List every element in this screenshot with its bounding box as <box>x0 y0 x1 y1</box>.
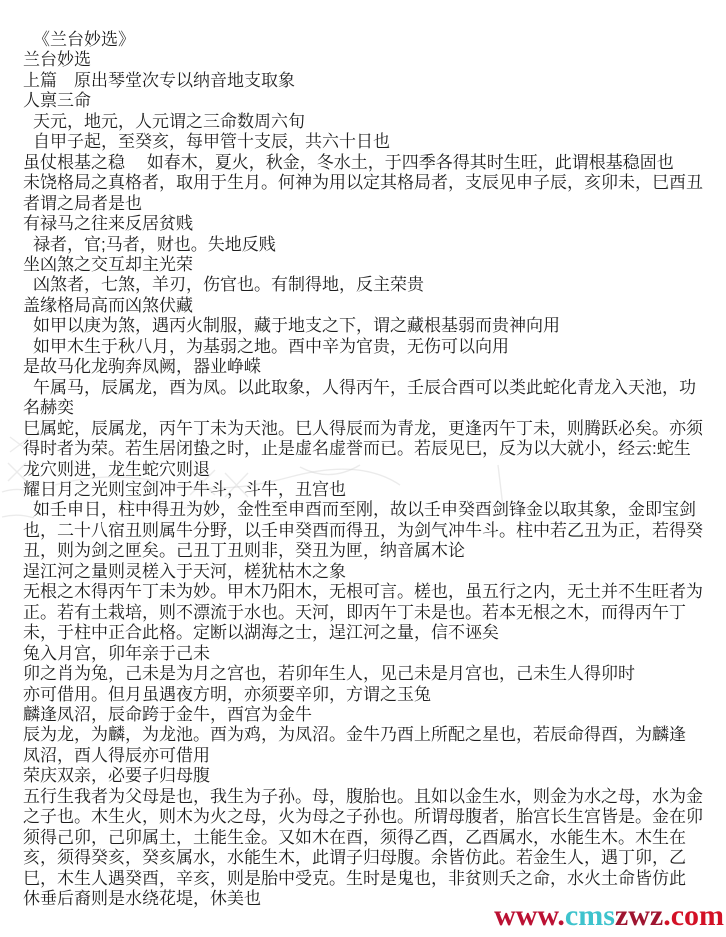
text-line: 巳，木生人遇癸酉，辛亥，则是胎中受克。生时是鬼也，非贫则夭之命，水火土命皆仿此 <box>23 869 726 889</box>
text-line: 兰台妙选 <box>23 50 726 70</box>
text-line: 上篇 原出琴堂次专以纳音地支取象 <box>23 71 726 91</box>
text-line: 天元，地元，人元谓之三命数周六旬 <box>33 112 726 132</box>
text-line: 凤沼，酉人得辰亦可借用 <box>23 746 726 766</box>
text-line: 者谓之局者是也 <box>23 194 726 214</box>
text-line: 须得己卯，己卯属土，土能生金。又如木在酉，须得乙酉，乙酉属水，水能生木。木生在 <box>23 828 726 848</box>
text-line: 亥，须得癸亥，癸亥属水，水能生木，此谓子归母腹。余皆仿此。若金生人，遇丁卯，乙 <box>23 848 726 868</box>
text-line: 坐凶煞之交互却主光荣 <box>23 255 726 275</box>
text-line: 巳属蛇，辰属龙，丙午丁未为天池。巳人得辰而为青龙，更逢丙午丁未，则腾跃必矣。亦须 <box>23 419 726 439</box>
text-line: 得时者为荣。若生居闭蛰之时，止是虚名虚誉而已。若辰见巳，反为以大就小，经云:蛇生 <box>23 439 726 459</box>
text-line: 荣庆双亲，必要子归母腹 <box>23 766 726 786</box>
text-line: 如甲木生于秋八月，为基弱之地。酉中辛为官贵，无伤可以向用 <box>33 337 726 357</box>
text-line: 人禀三命 <box>23 91 726 111</box>
text-line: 辰为龙，为麟，为龙池。酉为鸡，为凤沼。金牛乃酉上所配之星也，若辰命得酉，为麟逢 <box>23 725 726 745</box>
text-line: 是故马化龙驹奔凤阙，器业峥嵘 <box>23 357 726 377</box>
text-line: 龙穴则进，龙生蛇穴则退 <box>23 460 726 480</box>
text-line: 也，二十八宿丑则属牛分野，以壬申癸酉而得丑，为剑气冲牛斗。柱中若乙丑为正，若得癸 <box>23 521 726 541</box>
text-line: 未饶格局之真格者，取用于生月。何神为用以定其格局者，支辰见申子辰，亥卯未，巳酉丑 <box>23 173 726 193</box>
text-line: 午属马，辰属龙，酉为凤。以此取象，人得丙午，壬辰合酉可以类此蛇化青龙入天池，功 <box>33 378 726 398</box>
text-line: 正。若有土栽培，则不漂流于水也。天河，即丙午丁未是也。若本无根之木，而得丙午丁 <box>23 603 726 623</box>
site-watermark: www.cmszwz.com <box>494 900 724 932</box>
text-line: 逞江河之量则灵槎入于天河，槎犹枯木之象 <box>23 562 726 582</box>
text-line: 如甲以庚为煞，遇丙火制服，藏于地支之下，谓之藏根基弱而贵神向用 <box>33 316 726 336</box>
text-line: 禄者，官;马者，财也。失地反贱 <box>33 235 726 255</box>
site-watermark-segment: zwz <box>615 899 663 932</box>
text-line: 无根之木得丙午丁未为妙。甲木乃阳木，无根可言。槎也，虽五行之内，无土并不生旺者为 <box>23 582 726 602</box>
text-line: 未，于柱中正合此格。定断以湖海之士，逞江河之量，信不诬矣 <box>23 623 726 643</box>
text-line: 兔入月宫，卯年亲于己未 <box>23 644 726 664</box>
text-line: 名赫奕 <box>23 398 726 418</box>
text-line: 《兰台妙选》 <box>33 30 726 50</box>
text-line: 丑，则为剑之匣矣。己丑丁丑则非，癸丑为匣，纳音属木论 <box>23 541 726 561</box>
text-line: 盖缘格局高而凶煞伏藏 <box>23 296 726 316</box>
text-line: 自甲子起，至癸亥，每甲管十支辰，共六十日也 <box>33 132 726 152</box>
text-line: 耀日月之光则宝剑冲于牛斗，斗牛，丑宫也 <box>23 480 726 500</box>
text-line: 虽仗根基之稳 如春木，夏火，秋金，冬水土，于四季各得其时生旺，此谓根基稳固也 <box>23 153 726 173</box>
text-line: 麟逢凤沼，辰命跨于金牛，酉宫为金牛 <box>23 705 726 725</box>
site-watermark-segment: www. <box>494 899 565 932</box>
text-line: 卯之肖为兔，己未是为月之宫也，若卯年生人，见己未是月宫也，己未生人得卯时 <box>23 664 726 684</box>
text-line: 如壬申日，柱中得丑为妙，金性至申酉而至刚，故以壬申癸酉剑锋金以取其象，金即宝剑 <box>33 500 726 520</box>
site-watermark-segment: cms <box>565 899 615 932</box>
text-line: 之子也。木生火，则木为火之母，火为母之子孙也。所谓母腹者，胎宫长生宫皆是。金在卯 <box>23 807 726 827</box>
document-page: 《兰台妙选》兰台妙选上篇 原出琴堂次专以纳音地支取象人禀三命天元，地元，人元谓之… <box>0 30 726 909</box>
text-line: 五行生我者为父母是也，我生为子孙。母，腹胎也。且如以金生水，则金为水之母，水为金 <box>23 787 726 807</box>
text-line: 有禄马之往来反居贫贱 <box>23 214 726 234</box>
text-line: 凶煞者，七煞，羊刃，伤官也。有制得地，反主荣贵 <box>33 275 726 295</box>
text-line: 亦可借用。但月虽遇夜方明，亦须要辛卯，方谓之玉兔 <box>23 685 726 705</box>
site-watermark-segment: .com <box>663 899 724 932</box>
